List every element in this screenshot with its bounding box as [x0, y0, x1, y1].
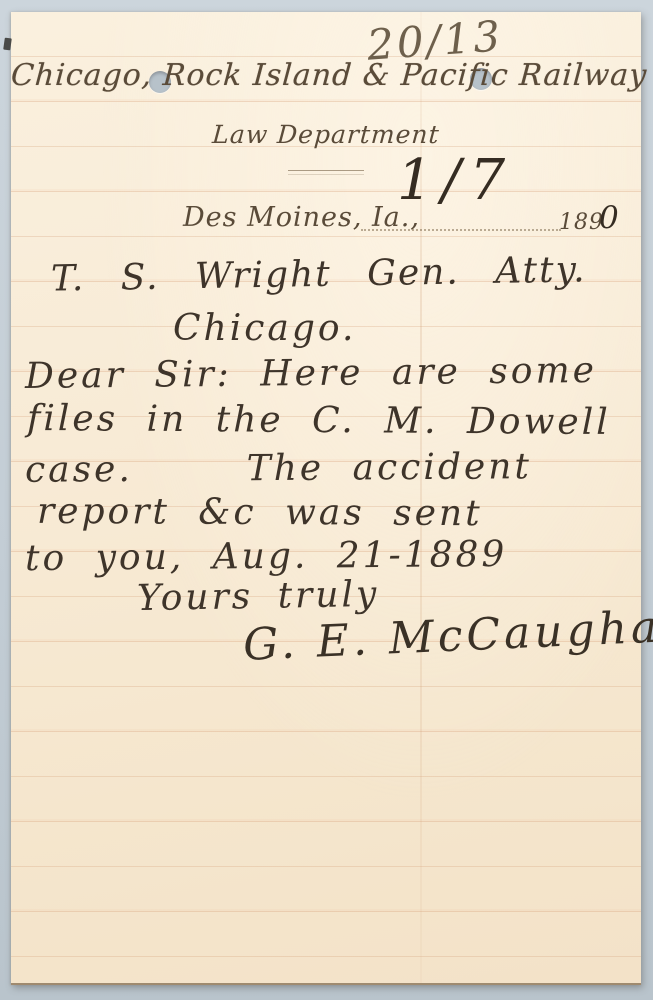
handwritten-date: 1/7 [397, 148, 514, 213]
recipient-city-line: Chicago. [173, 308, 356, 349]
printed-year-prefix: 189 [559, 210, 604, 235]
body-line: report &c was sent [37, 491, 483, 534]
dateline-fill-line [361, 229, 561, 231]
letterhead-divider [288, 170, 364, 175]
letter-page: 20/13 Chicago, Rock Island & Pacific Rai… [11, 12, 641, 985]
letterhead-company-name: Chicago, Rock Island & Pacific Railway C… [10, 58, 642, 93]
body-line: Dear Sir: Here are some [25, 350, 597, 397]
body-line: files in the C. M. Dowell [27, 398, 611, 443]
scan-background: 20/13 Chicago, Rock Island & Pacific Rai… [0, 0, 653, 1000]
closing-line: Yours truly [137, 574, 380, 619]
handwritten-year-digit: 0 [599, 200, 619, 236]
edge-notch [3, 38, 12, 51]
body-line: case. The accident [25, 446, 532, 491]
letterhead-department: Law Department [10, 120, 642, 149]
recipient-name-line: T. S. Wright Gen. Atty. [51, 249, 587, 299]
body-line: to you, Aug. 21-1889 [25, 534, 508, 579]
